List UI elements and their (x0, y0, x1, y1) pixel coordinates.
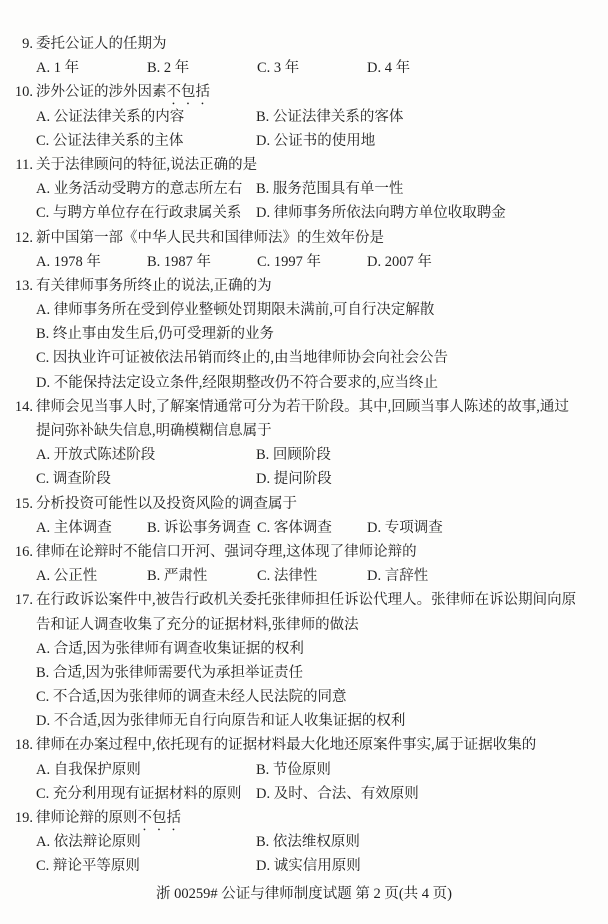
option-10-C: C. 公证法律关系的主体 (36, 129, 256, 153)
option-12-C: C. 1997 年 (257, 250, 367, 274)
question-number: 18. (10, 733, 33, 757)
question-19: 19.律师论辩的原则不包括A. 依法辩论原则B. 依法维权原则C. 辩论平等原则… (10, 806, 598, 879)
option-15-C: C. 客体调查 (257, 516, 367, 540)
question-number: 10. (10, 80, 33, 104)
option-row: B. 终止事由发生后,仍可受理新的业务 (36, 322, 598, 346)
option-18-C: C. 充分利用现有证据材料的原则 (36, 782, 256, 806)
option-10-B: B. 公证法律关系的客体 (256, 105, 598, 129)
option-14-C: C. 调查阶段 (36, 467, 256, 491)
emphasized-stem-text: 不包括 (138, 810, 182, 826)
question-list: 9.委托公证人的任期为A. 1 年B. 2 年C. 3 年D. 4 年10.涉外… (10, 32, 598, 879)
stem-text: 涉外公证的涉外因素 (36, 84, 167, 100)
option-14-D: D. 提问阶段 (256, 467, 598, 491)
stem-text: 律师在论辩时不能信口开河、强词夺理,这体现了律师论辩的 (36, 544, 417, 560)
option-18-B: B. 节俭原则 (256, 758, 598, 782)
option-17-C: C. 不合适,因为张律师的调查未经人民法院的同意 (36, 689, 347, 705)
question-13-stem: 13.有关律师事务所终止的说法,正确的为 (10, 274, 598, 298)
question-12-stem: 12.新中国第一部《中华人民共和国律师法》的生效年份是 (10, 226, 598, 250)
option-row: A. 自我保护原则B. 节俭原则 (36, 758, 598, 782)
option-row: C. 与聘方单位存在行政隶属关系D. 律师事务所依法向聘方单位收取聘金 (36, 201, 598, 225)
option-row: C. 因执业许可证被依法吊销而终止的,由当地律师协会向社会公告 (36, 346, 598, 370)
stem-text: 委托公证人的任期为 (36, 36, 167, 52)
stem-text: 律师论辩的原则 (36, 810, 138, 826)
option-16-C: C. 法律性 (257, 564, 367, 588)
question-14-stem: 14.律师会见当事人时,了解案情通常可分为若干阶段。其中,回顾当事人陈述的故事,… (10, 395, 598, 419)
option-13-A: A. 律师事务所在受到停业整顿处罚期限未满前,可自行决定解散 (36, 302, 434, 318)
option-11-D: D. 律师事务所依法向聘方单位收取聘金 (256, 201, 598, 225)
question-number: 14. (10, 395, 33, 419)
question-number: 19. (10, 806, 33, 830)
option-row: A. 业务活动受聘方的意志所左右B. 服务范围具有单一性 (36, 177, 598, 201)
question-15-stem: 15.分析投资可能性以及投资风险的调查属于 (10, 492, 598, 516)
question-number: 15. (10, 492, 33, 516)
option-19-D: D. 诚实信用原则 (256, 854, 598, 878)
option-11-A: A. 业务活动受聘方的意志所左右 (36, 177, 256, 201)
option-17-D: D. 不合适,因为张律师无自行向原告和证人收集证据的权利 (36, 713, 405, 729)
stem-text: 在行政诉讼案件中,被告行政机关委托张律师担任诉讼代理人。张律师在诉讼期间向原 (36, 592, 576, 608)
option-14-B: B. 回顾阶段 (256, 443, 598, 467)
option-16-A: A. 公正性 (36, 564, 147, 588)
option-12-A: A. 1978 年 (36, 250, 147, 274)
option-14-A: A. 开放式陈述阶段 (36, 443, 256, 467)
emphasized-stem-text: 不包括 (167, 84, 211, 100)
option-10-D: D. 公证书的使用地 (256, 129, 598, 153)
option-17-B: B. 合适,因为张律师需要代为承担举证责任 (36, 665, 303, 681)
question-18-stem: 18.律师在办案过程中,依托现有的证据材料最大化地还原案件事实,属于证据收集的 (10, 733, 598, 757)
option-row: D. 不能保持法定设立条件,经限期整改仍不符合要求的,应当终止 (36, 371, 598, 395)
option-15-D: D. 专项调查 (367, 516, 598, 540)
option-row: A. 依法辩论原则B. 依法维权原则 (36, 830, 598, 854)
option-row: C. 不合适,因为张律师的调查未经人民法院的同意 (36, 685, 598, 709)
option-19-C: C. 辩论平等原则 (36, 854, 256, 878)
option-row: A. 公正性B. 严肃性C. 法律性D. 言辞性 (36, 564, 598, 588)
question-9-stem: 9.委托公证人的任期为 (10, 32, 598, 56)
option-18-D: D. 及时、合法、有效原则 (256, 782, 598, 806)
option-row: A. 开放式陈述阶段B. 回顾阶段 (36, 443, 598, 467)
option-17-A: A. 合适,因为张律师有调查收集证据的权利 (36, 641, 304, 657)
stem-text: 新中国第一部《中华人民共和国律师法》的生效年份是 (36, 230, 384, 246)
stem-text: 告和证人调查收集了充分的证据材料,张律师的做法 (36, 617, 359, 633)
stem-text: 律师会见当事人时,了解案情通常可分为若干阶段。其中,回顾当事人陈述的故事,通过 (36, 399, 569, 415)
option-row: B. 合适,因为张律师需要代为承担举证责任 (36, 661, 598, 685)
question-number: 9. (10, 32, 33, 56)
question-number: 17. (10, 588, 33, 612)
question-17-stem: 告和证人调查收集了充分的证据材料,张律师的做法 (10, 613, 598, 637)
question-18: 18.律师在办案过程中,依托现有的证据材料最大化地还原案件事实,属于证据收集的A… (10, 733, 598, 806)
option-16-B: B. 严肃性 (147, 564, 257, 588)
option-13-C: C. 因执业许可证被依法吊销而终止的,由当地律师协会向社会公告 (36, 350, 448, 366)
page-footer: 浙 00259# 公证与律师制度试题 第 2 页(共 4 页) (10, 882, 598, 906)
question-14: 14.律师会见当事人时,了解案情通常可分为若干阶段。其中,回顾当事人陈述的故事,… (10, 395, 598, 492)
option-18-A: A. 自我保护原则 (36, 758, 256, 782)
option-row: C. 辩论平等原则D. 诚实信用原则 (36, 854, 598, 878)
option-15-A: A. 主体调查 (36, 516, 147, 540)
option-row: A. 合适,因为张律师有调查收集证据的权利 (36, 637, 598, 661)
stem-text: 律师在办案过程中,依托现有的证据材料最大化地还原案件事实,属于证据收集的 (36, 737, 536, 753)
question-9: 9.委托公证人的任期为A. 1 年B. 2 年C. 3 年D. 4 年 (10, 32, 598, 80)
option-row: A. 1 年B. 2 年C. 3 年D. 4 年 (36, 56, 598, 80)
question-11-stem: 11.关于法律顾问的特征,说法正确的是 (10, 153, 598, 177)
question-16-stem: 16.律师在论辩时不能信口开河、强词夺理,这体现了律师论辩的 (10, 540, 598, 564)
question-number: 11. (10, 153, 33, 177)
question-17-stem: 17.在行政诉讼案件中,被告行政机关委托张律师担任诉讼代理人。张律师在诉讼期间向… (10, 588, 598, 612)
option-12-D: D. 2007 年 (367, 250, 598, 274)
option-15-B: B. 诉讼事务调查 (147, 516, 257, 540)
option-16-D: D. 言辞性 (367, 564, 598, 588)
option-9-A: A. 1 年 (36, 56, 147, 80)
question-10: 10.涉外公证的涉外因素不包括A. 公证法律关系的内容B. 公证法律关系的客体C… (10, 80, 598, 153)
question-17: 17.在行政诉讼案件中,被告行政机关委托张律师担任诉讼代理人。张律师在诉讼期间向… (10, 588, 598, 733)
question-number: 13. (10, 274, 33, 298)
question-19-stem: 19.律师论辩的原则不包括 (10, 806, 598, 830)
option-9-D: D. 4 年 (367, 56, 598, 80)
option-13-B: B. 终止事由发生后,仍可受理新的业务 (36, 326, 274, 342)
exam-page: 9.委托公证人的任期为A. 1 年B. 2 年C. 3 年D. 4 年10.涉外… (0, 0, 608, 924)
stem-text: 分析投资可能性以及投资风险的调查属于 (36, 496, 297, 512)
option-row: A. 公证法律关系的内容B. 公证法律关系的客体 (36, 105, 598, 129)
option-row: A. 主体调查B. 诉讼事务调查C. 客体调查D. 专项调查 (36, 516, 598, 540)
question-11: 11.关于法律顾问的特征,说法正确的是A. 业务活动受聘方的意志所左右B. 服务… (10, 153, 598, 226)
stem-text: 关于法律顾问的特征,说法正确的是 (36, 157, 257, 173)
option-9-C: C. 3 年 (257, 56, 367, 80)
option-row: D. 不合适,因为张律师无自行向原告和证人收集证据的权利 (36, 709, 598, 733)
question-16: 16.律师在论辩时不能信口开河、强词夺理,这体现了律师论辩的A. 公正性B. 严… (10, 540, 598, 588)
question-13: 13.有关律师事务所终止的说法,正确的为A. 律师事务所在受到停业整顿处罚期限未… (10, 274, 598, 395)
option-row: A. 律师事务所在受到停业整顿处罚期限未满前,可自行决定解散 (36, 298, 598, 322)
option-row: C. 充分利用现有证据材料的原则D. 及时、合法、有效原则 (36, 782, 598, 806)
option-19-A: A. 依法辩论原则 (36, 830, 256, 854)
question-number: 12. (10, 226, 33, 250)
question-10-stem: 10.涉外公证的涉外因素不包括 (10, 80, 598, 104)
question-12: 12.新中国第一部《中华人民共和国律师法》的生效年份是A. 1978 年B. 1… (10, 226, 598, 274)
option-13-D: D. 不能保持法定设立条件,经限期整改仍不符合要求的,应当终止 (36, 375, 438, 391)
question-number: 16. (10, 540, 33, 564)
question-14-stem: 提问弥补缺失信息,明确模糊信息属于 (10, 419, 598, 443)
option-11-C: C. 与聘方单位存在行政隶属关系 (36, 201, 256, 225)
option-19-B: B. 依法维权原则 (256, 830, 598, 854)
option-12-B: B. 1987 年 (147, 250, 257, 274)
option-10-A: A. 公证法律关系的内容 (36, 105, 256, 129)
question-15: 15.分析投资可能性以及投资风险的调查属于A. 主体调查B. 诉讼事务调查C. … (10, 492, 598, 540)
stem-text: 提问弥补缺失信息,明确模糊信息属于 (36, 423, 272, 439)
stem-text: 有关律师事务所终止的说法,正确的为 (36, 278, 272, 294)
option-row: A. 1978 年B. 1987 年C. 1997 年D. 2007 年 (36, 250, 598, 274)
option-row: C. 公证法律关系的主体D. 公证书的使用地 (36, 129, 598, 153)
option-11-B: B. 服务范围具有单一性 (256, 177, 598, 201)
option-9-B: B. 2 年 (147, 56, 257, 80)
option-row: C. 调查阶段D. 提问阶段 (36, 467, 598, 491)
